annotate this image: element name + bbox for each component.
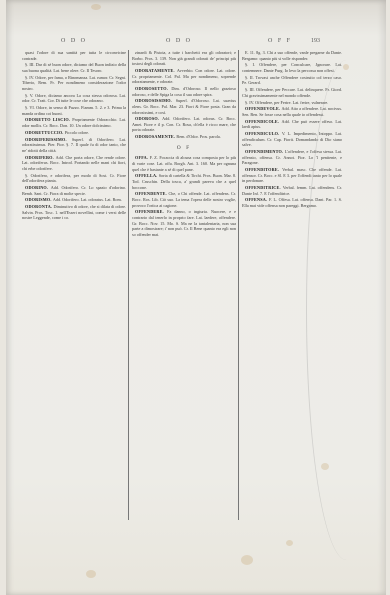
entry-text: §. III. Dar di sè buon odore, diciamo de… (22, 62, 126, 73)
entry-text: §. IV. Offendere, per Ferire. Lat. ferir… (245, 100, 328, 105)
column-rule-2 (238, 50, 239, 520)
dictionary-entry: §. Odorifero, e odorifera, per modo di S… (22, 173, 126, 184)
entry-headword: OFFENSA. (245, 197, 269, 202)
foxing-stain (241, 555, 253, 565)
dictionary-entry: E. 11. 8g. 3. Chi a suo offende, vanle p… (242, 50, 342, 61)
running-head-center: O D O (166, 38, 192, 44)
entry-headword: ODOROSISSIMO. (135, 98, 176, 103)
dictionary-entry: quasi l'odore di sua santità per tutta l… (22, 50, 126, 61)
entry-text: Piccolo odore. (65, 130, 89, 135)
dictionary-entry: ODORONTA. Diminutivo di odore, che si di… (22, 204, 126, 221)
dictionary-entry: ODORINO. Add. Odorifero. Cr. Lo spazio d… (22, 185, 126, 196)
dictionary-entry: §. IV. Odore, per fama, o Rinomanza. Lat… (22, 75, 126, 92)
dictionary-entry: OFFENDENTE. Che, o Chi offende. Lat. off… (132, 191, 236, 208)
dictionary-entry: ODORATAMENTE. Avverbio. Con odore. Lat. … (132, 68, 236, 85)
entry-text: Bem. d'Odor. Pros. parola. (176, 134, 220, 139)
column-1: quasi l'odore di sua santità per tutta l… (22, 50, 126, 520)
entry-headword: OFFENDIMENTO. (245, 149, 285, 154)
foxing-stain (286, 540, 293, 546)
dictionary-entry: ODORETTUCCIO. Piccolo odore. (22, 130, 126, 136)
entry-headword: OFFENDITORE. (245, 167, 282, 172)
page-number: 193 (311, 38, 320, 44)
dictionary-entry: §. VI. Odore, in senso di Puzzo. Fiamm. … (22, 105, 126, 116)
scanned-dictionary-page: O D O O D O O F F 193 quasi l'odore di s… (6, 0, 386, 595)
foxing-stain (343, 64, 349, 70)
entry-text: Add. Odorifero. Lat. odoratus. Lat. Rom. (53, 197, 122, 202)
dictionary-entry: §. I. Offendere, per Conculcare, Jgnorar… (242, 62, 342, 73)
entry-headword: ODOROSO. (135, 116, 162, 121)
entry-headword: ODORETTUCCIO. (25, 130, 65, 135)
dictionary-entry: ODOROSAMENTE. Bem. d'Odor. Pros. parola. (132, 134, 236, 140)
dictionary-entry: §. III. Dar di sè buon odore, diciamo de… (22, 62, 126, 73)
dictionary-entry: §. V. Odore, diciamo ancora La cosa stes… (22, 93, 126, 104)
entry-headword: ODOROSETTO. (135, 86, 171, 91)
section-letter-heading: O F (132, 146, 236, 152)
entry-headword: ODORIFERO. (25, 155, 56, 160)
entry-text: §. V. Odore, diciamo ancora La cosa stes… (22, 93, 126, 104)
entry-text: §. IV. Odore, per fama, o Rinomanza. Lat… (22, 75, 126, 91)
running-header: O D O O D O O F F 193 (6, 38, 386, 48)
entry-headword: OFFELLA. (135, 173, 159, 178)
dictionary-entry: ODORIFERISSIMO. Superl. di Odorifero. La… (22, 137, 126, 154)
running-head-left: O D O (61, 38, 87, 44)
dictionary-entry: OFFENDERE. Fa danno, o ingiuria. Nuocere… (132, 209, 236, 237)
foxing-stain (86, 570, 96, 578)
dictionary-entry: OFFA. F. Z. Focaccia di alcuna cosa comp… (132, 155, 236, 172)
entry-headword: OFFENDICOLE. (245, 119, 282, 124)
column-rule-1 (128, 50, 129, 520)
dictionary-entry: ODORETTO LISCIO. Propriamente Odoracchio… (22, 117, 126, 128)
entry-headword: ODOROSAMENTE. (135, 134, 176, 139)
entry-text: quasi l'odore di sua santità per tutta l… (22, 50, 126, 61)
entry-text: §. I. Offendere, per Conculcare, Jgnorar… (242, 62, 342, 73)
entry-text: §. II. Trovasi anche Offendere costruito… (242, 75, 342, 86)
entry-headword: ODORONTA. (25, 204, 53, 209)
foxing-stain (321, 463, 329, 470)
dictionary-entry: zinardi & Pistoia, a tutte i barchetti e… (132, 50, 236, 67)
dictionary-entry: ODOROSETTO. Dim. d'Odoroso. Il nello gra… (132, 86, 236, 97)
entry-headword: ODORINO. (25, 185, 51, 190)
running-head-right: O F F (268, 38, 292, 44)
entry-text: §. Odorifero, e odorifera, per modo di S… (22, 173, 126, 184)
foxing-stain (91, 4, 101, 10)
page-crease (306, 60, 387, 560)
entry-headword: ODORISMO. (25, 197, 53, 202)
entry-headword: OFFENDEVOLE. (245, 106, 282, 111)
entry-headword: OFFENDENTE. (135, 191, 169, 196)
entry-headword: ODORETTO LISCIO. (25, 117, 72, 122)
dictionary-entry: ODORIFERO. Add. Che porta odore, Che ren… (22, 155, 126, 172)
dictionary-entry: ODOROSO. Add. Odorifero. Lat. odorus. Cr… (132, 116, 236, 133)
entry-text: zinardi & Pistoia, a tutte i barchetti e… (132, 50, 236, 66)
entry-headword: OFFA. (135, 155, 150, 160)
entry-headword: ODORATAMENTE. (135, 68, 177, 73)
entry-headword: ODORIFERISSIMO. (25, 137, 72, 142)
column-2: zinardi & Pistoia, a tutte i barchetti e… (132, 50, 236, 520)
dictionary-entry: OFFELLA. Sorta di cartella & Tirchi. Pro… (132, 173, 236, 190)
dictionary-entry: §. II. Trovasi anche Offendere costruito… (242, 75, 342, 86)
entry-headword: OFFENDICULO. (245, 131, 282, 136)
entry-text: E. 11. 8g. 3. Chi a suo offende, vanle p… (242, 50, 342, 61)
entry-headword: OFFENDERE. (135, 209, 167, 214)
dictionary-entry: ODORISMO. Add. Odorifero. Lat. odoratus.… (22, 197, 126, 203)
entry-headword: OFFENDITRICE. (245, 185, 283, 190)
entry-text: §. VI. Odore, in senso di Puzzo. Fiamm. … (22, 105, 126, 116)
dictionary-entry: ODOROSISSIMO. Superl. d'Odoroso. Lat. su… (132, 98, 236, 115)
